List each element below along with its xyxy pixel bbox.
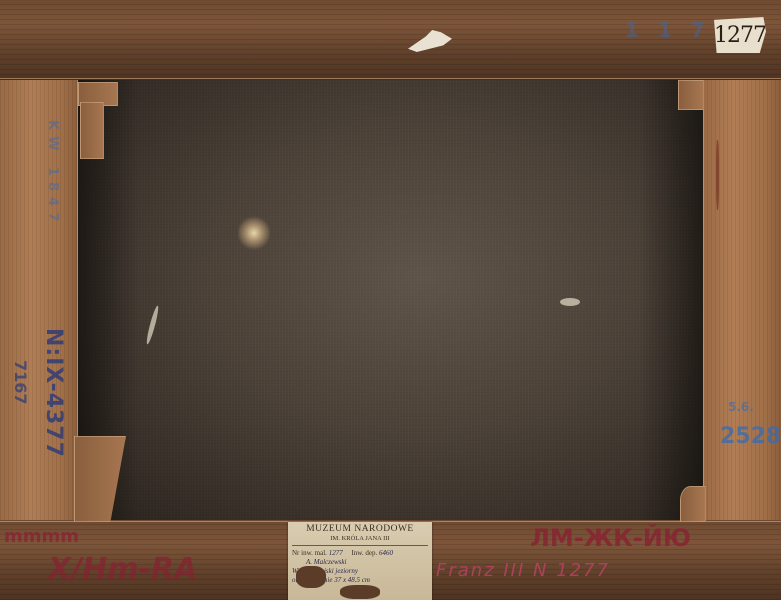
stretcher-bar-right [703, 78, 781, 522]
right-bar-number-inscription: 2528 [720, 424, 781, 449]
corner-key-bottom-right [680, 486, 706, 522]
painting-reverse-photo: 1 1 7 1277 KW 1847 N:IX-4377 7167 5.6. 2… [0, 0, 781, 600]
top-bar-edge [0, 78, 781, 79]
inventory-tag-number: 1277 [714, 23, 766, 48]
left-bar-secondary-inscription: 7167 [11, 360, 30, 405]
bottom-bar-chalk-lower: X/Hm-RA [48, 552, 197, 587]
canvas-back [78, 80, 703, 522]
inv-value: 1277 [329, 549, 343, 557]
museum-label-subtitle: IM. KRÓLA JANA III [292, 534, 428, 546]
right-bar-stain [716, 140, 719, 210]
canvas-stain [238, 215, 270, 251]
museum-label-inventory-row: Nr inw. mal. 1277 Inw. dep. 6460 [292, 549, 428, 558]
inventory-tag-top: 1277 [714, 17, 766, 53]
label-tear-1 [296, 566, 326, 588]
prev-inv-value: 6460 [379, 549, 393, 557]
inv-label: Nr inw. mal. [292, 549, 327, 557]
right-bar-edge [703, 80, 704, 520]
left-bar-inventory-inscription: N:IX-4377 [41, 328, 66, 458]
label-tear-2 [340, 585, 380, 599]
bottom-bar-red-script: Franz III N 1277 [436, 560, 610, 581]
bottom-bar-dark-inscription: ЛМ-ЖК-ЙЮ [530, 524, 691, 552]
museum-label-title: MUZEUM NARODOWE [292, 525, 428, 534]
left-bar-faint-inscription: KW 1847 [45, 120, 60, 227]
canvas-shadow-right [640, 80, 703, 522]
corner-key-top-right [678, 80, 704, 110]
stretcher-bar-left [0, 78, 78, 522]
right-bar-small-inscription: 5.6. [728, 400, 754, 414]
corner-key-top-left-vertical [80, 102, 104, 159]
bottom-bar-chalk-upper: mmmm [4, 526, 79, 547]
top-bar-blue-marks: 1 1 7 [625, 18, 711, 42]
canvas-spot [560, 298, 580, 306]
prev-inv-label: Inw. dep. [351, 549, 377, 557]
